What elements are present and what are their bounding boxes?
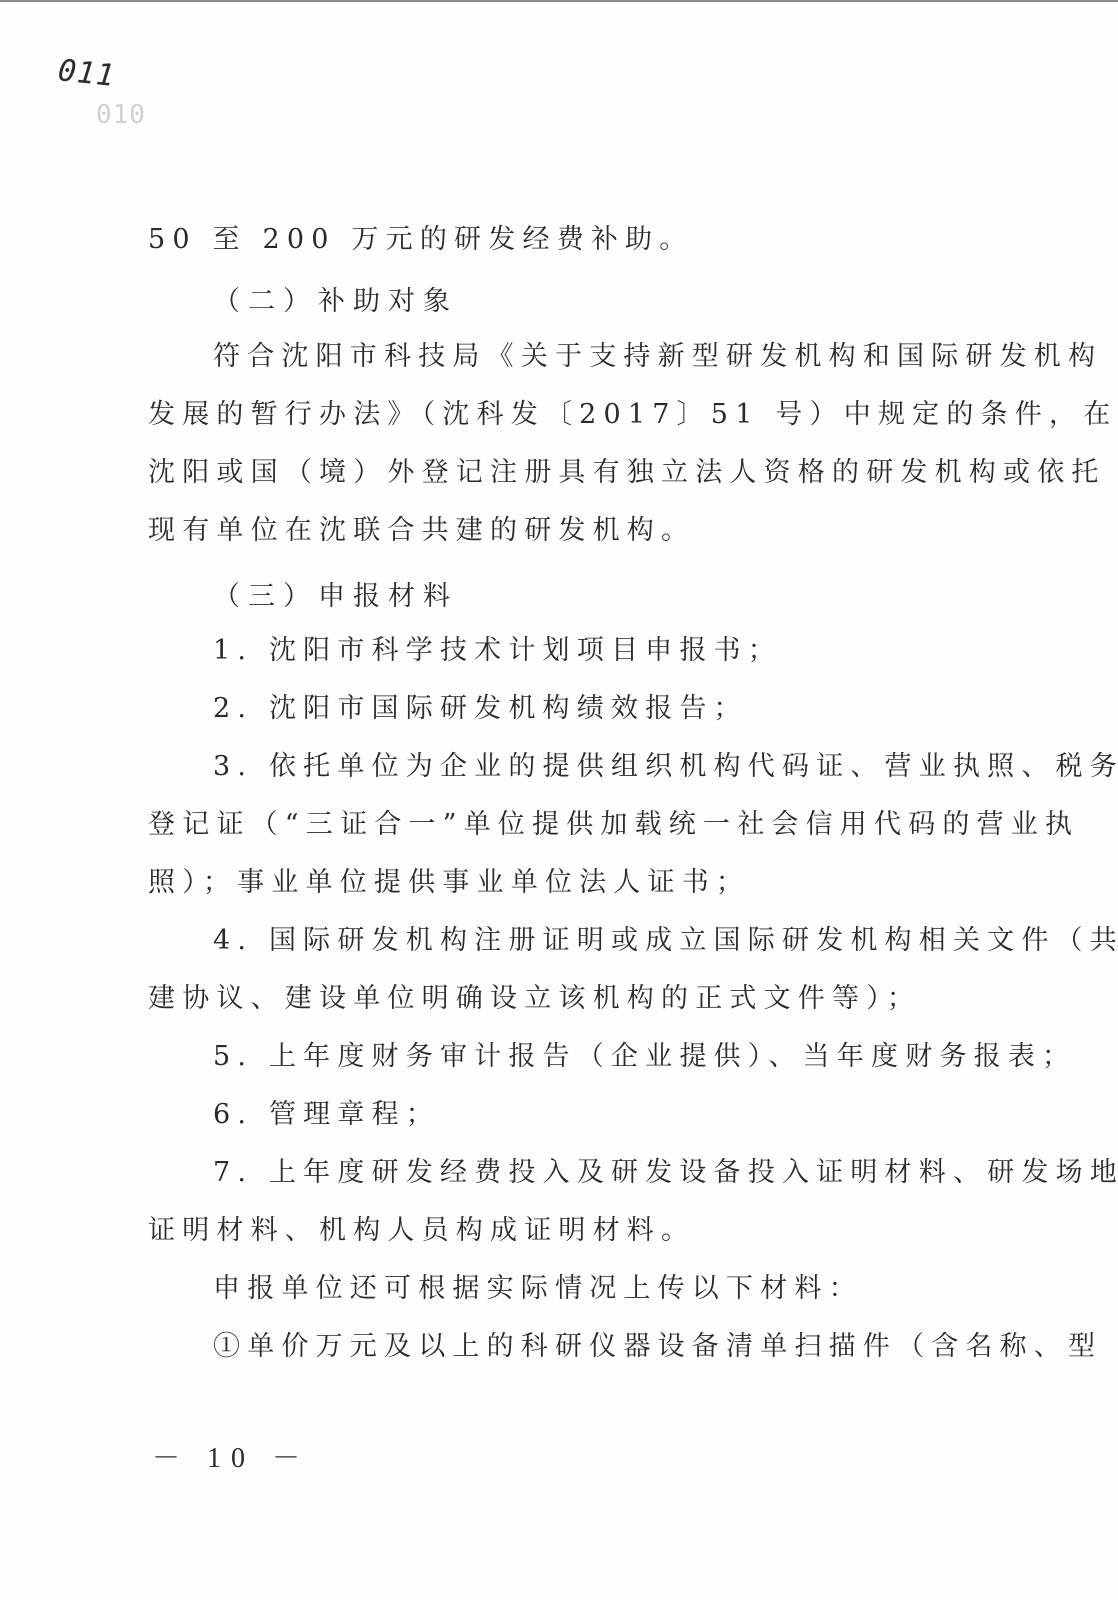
text-line: 2. 沈阳市国际研发机构绩效报告； [213,692,1043,726]
text-line: 登记证（“三证合一”单位提供加载统一社会信用代码的营业执 [148,808,978,842]
text-line: 1. 沈阳市科学技术计划项目申报书； [213,634,1043,668]
page-number: － 10 － [152,1436,310,1476]
text-line: 50 至 200 万元的研发经费补助。 [148,223,978,257]
section-heading: （二）补助对象 [213,285,1043,319]
text-line: 建协议、建设单位明确设立该机构的正式文件等）； [148,982,978,1016]
text-line: 证明材料、机构人员构成证明材料。 [148,1214,978,1248]
text-line: 3. 依托单位为企业的提供组织机构代码证、营业执照、税务 [213,750,1043,784]
text-line: ①单价万元及以上的科研仪器设备清单扫描件（含名称、型 [213,1330,1043,1364]
text-line: 沈阳或国（境）外登记注册具有独立法人资格的研发机构或依托 [148,456,978,490]
text-line: 申报单位还可根据实际情况上传以下材料： [213,1272,1043,1306]
page-stamp-number: 011 [56,53,117,94]
scan-top-edge [0,0,1118,2]
text-line: 7. 上年度研发经费投入及研发设备投入证明材料、研发场地 [213,1156,1043,1190]
faded-stamp-number: 010 [96,100,146,130]
text-line: 4. 国际研发机构注册证明或成立国际研发机构相关文件（共 [213,924,1043,958]
section-heading: （三）申报材料 [213,580,1043,614]
text-line: 发展的暂行办法》（沈科发〔2017〕51 号）中规定的条件，在 [148,398,978,432]
text-line: 5. 上年度财务审计报告（企业提供）、当年度财务报表； [213,1040,1043,1074]
text-line: 现有单位在沈联合共建的研发机构。 [148,514,978,548]
text-line: 符合沈阳市科技局《关于支持新型研发机构和国际研发机构 [213,340,1043,374]
text-line: 6. 管理章程； [213,1098,1043,1132]
text-line: 照）；事业单位提供事业单位法人证书； [148,866,978,900]
